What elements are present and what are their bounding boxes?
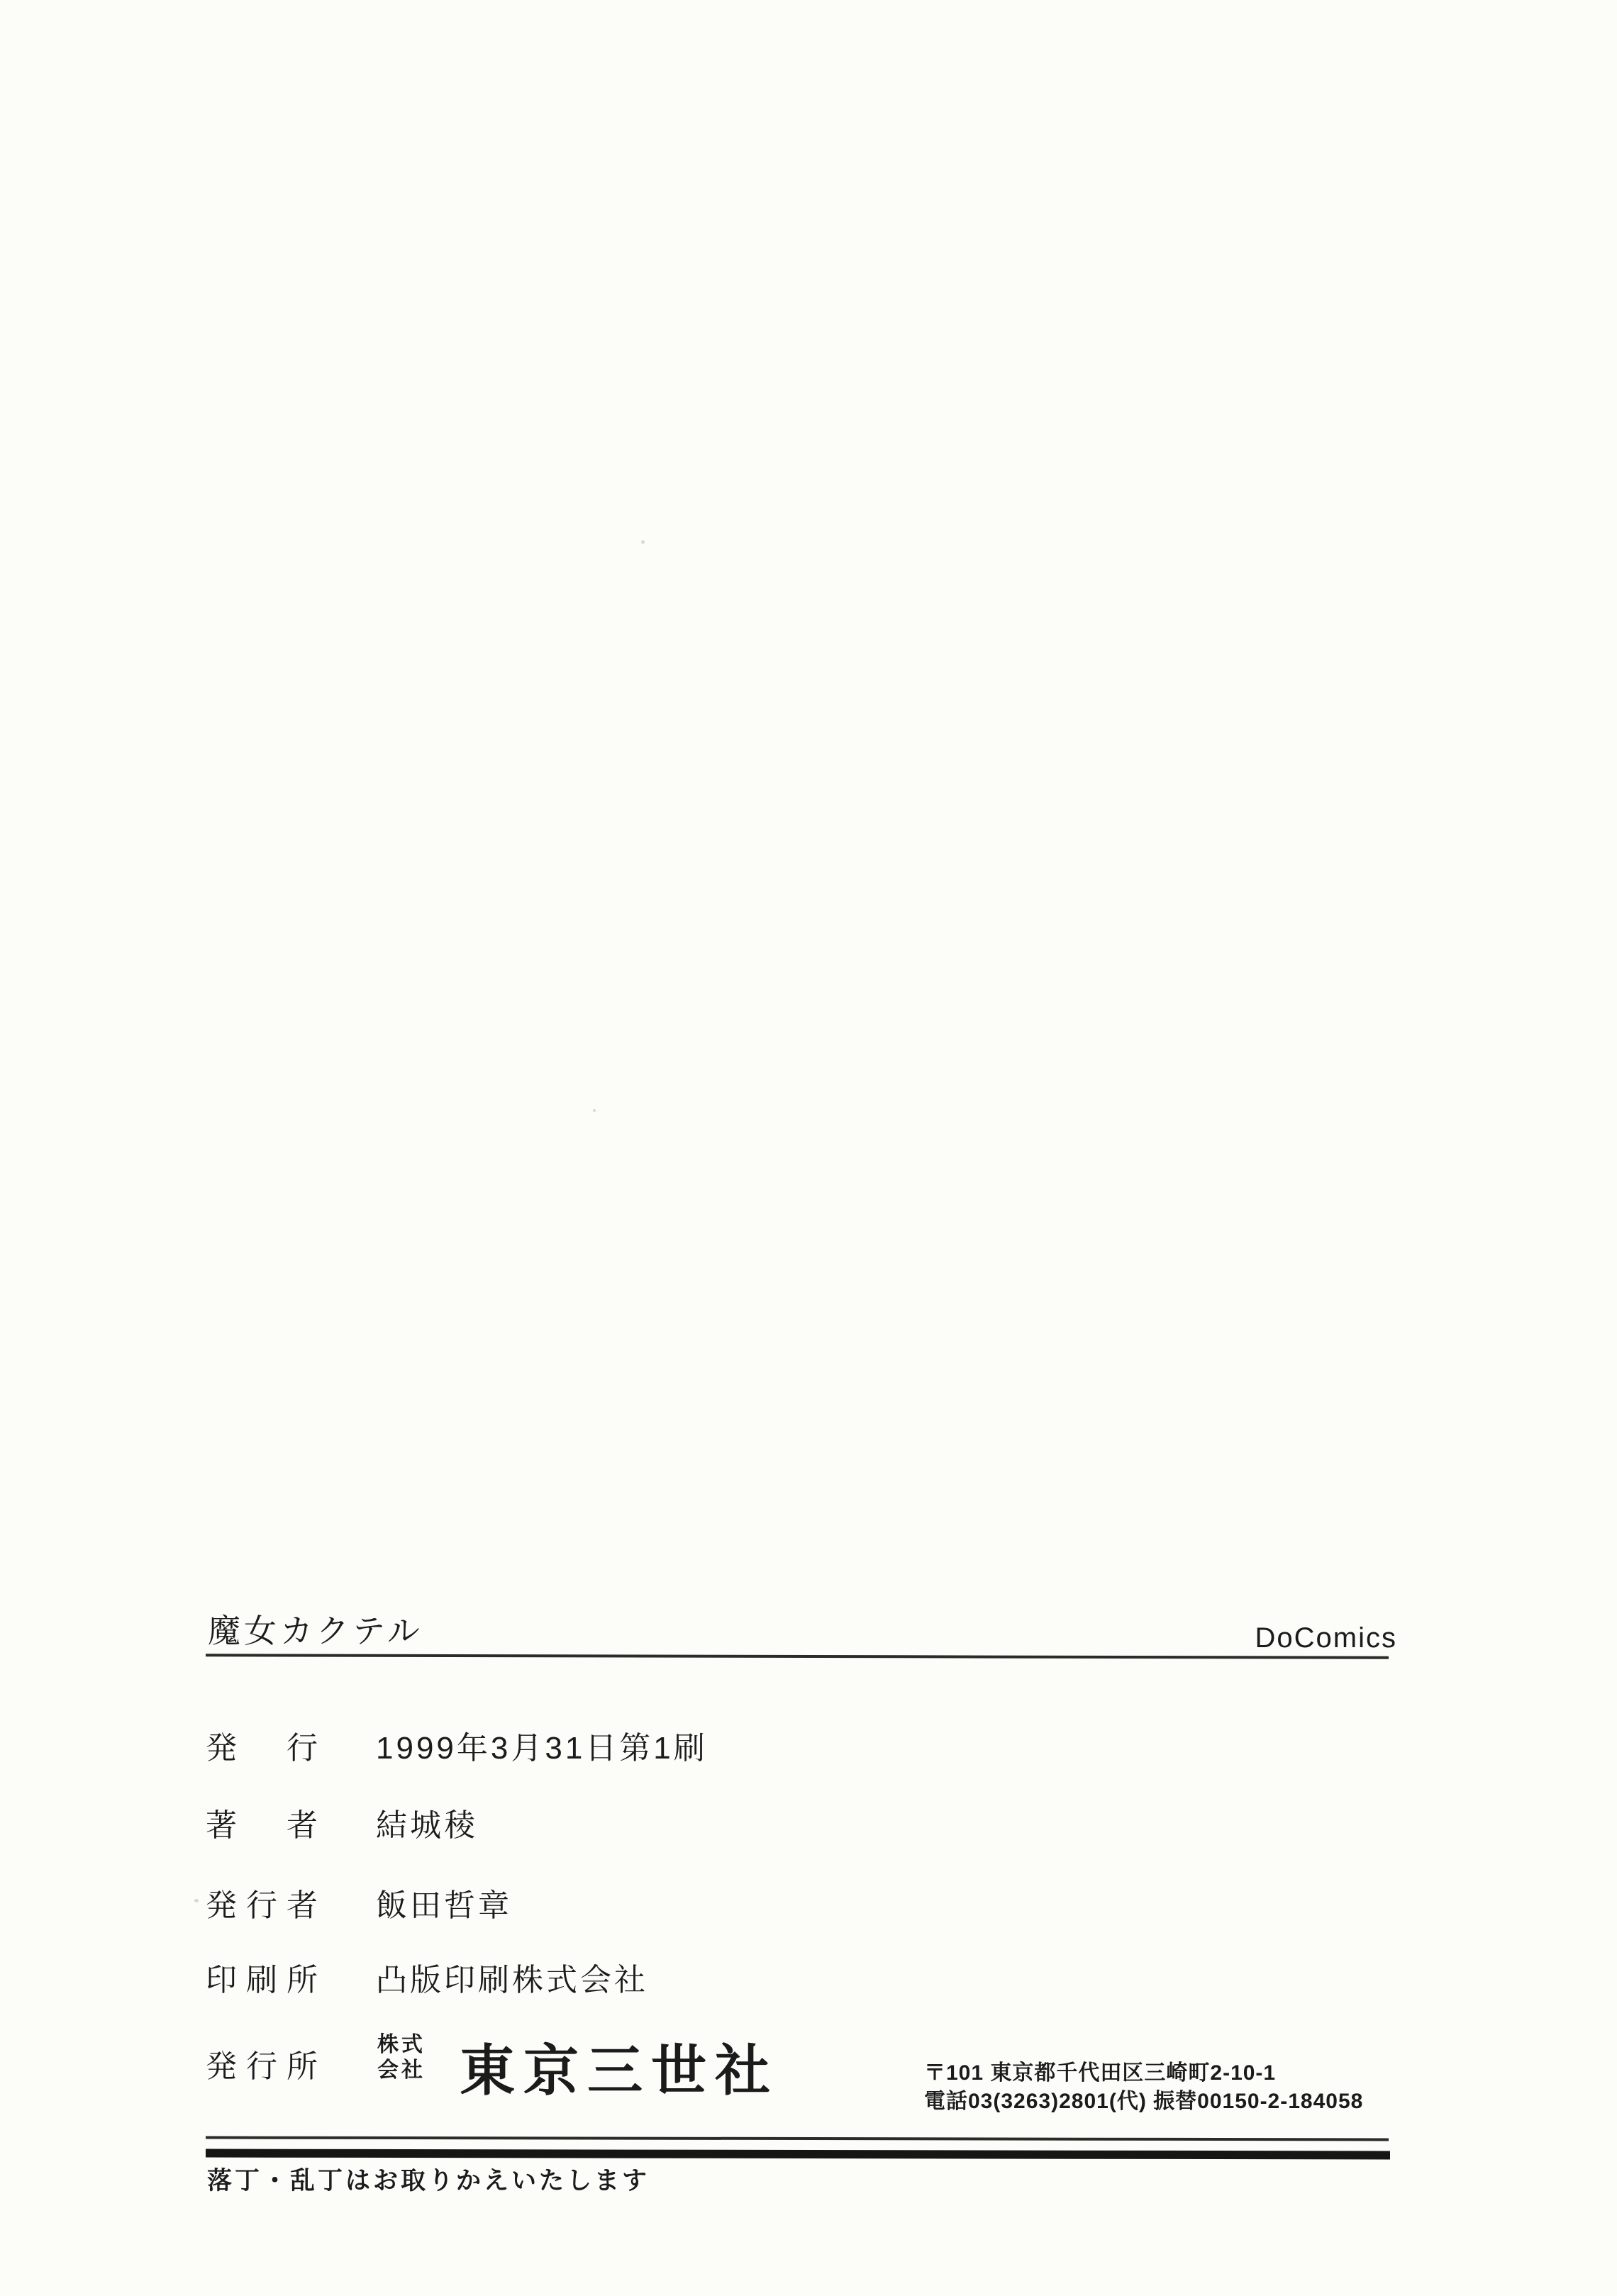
publishing-house-name: 東京三世社 <box>460 2027 779 2106</box>
scanned-colophon-page: 魔女カクテル DoComics 発行 1999年3月31日第1刷 著者 結城稜 … <box>0 0 1617 2296</box>
title-rule <box>206 1654 1389 1659</box>
publisher-address-line1: 〒101 東京都千代田区三崎町2-10-1 <box>924 2059 1363 2088</box>
row-value-publisher-person-name: 飯田哲章 <box>376 1880 512 1925</box>
bottom-rule-thin <box>206 2136 1389 2141</box>
corporation-prefix-line1: 株式 <box>377 2032 426 2058</box>
row-value-printer-name: 凸版印刷株式会社 <box>376 1954 648 2000</box>
publisher-address: 〒101 東京都千代田区三崎町2-10-1 電話03(3263)2801(代) … <box>924 2059 1363 2116</box>
corporation-prefix: 株式 会社 <box>377 2032 426 2083</box>
scan-speck <box>641 540 645 544</box>
row-value-author-name: 結城稜 <box>376 1800 478 1845</box>
row-value-publication-date: 1999年3月31日第1刷 <box>376 1722 708 1768</box>
defective-copy-notice: 落丁・乱丁はお取りかえいたします <box>207 2161 650 2197</box>
scan-speck <box>194 1899 199 1902</box>
bottom-rule-thick <box>206 2149 1390 2160</box>
row-label-author: 著者 <box>206 1800 318 1845</box>
row-label-publication: 発行 <box>206 1722 318 1768</box>
publisher-phone-line: 電話03(3263)2801(代) 振替00150-2-184058 <box>924 2088 1363 2116</box>
row-label-publishing-house: 発行所 <box>206 2041 318 2086</box>
imprint-brand: DoComics <box>1218 1622 1397 1654</box>
corporation-prefix-line2: 会社 <box>377 2058 426 2083</box>
scan-speck <box>593 1109 596 1112</box>
row-label-publisher-person: 発行者 <box>206 1880 318 1925</box>
book-title: 魔女カクテル <box>208 1605 423 1652</box>
row-label-printer: 印刷所 <box>206 1954 318 2000</box>
